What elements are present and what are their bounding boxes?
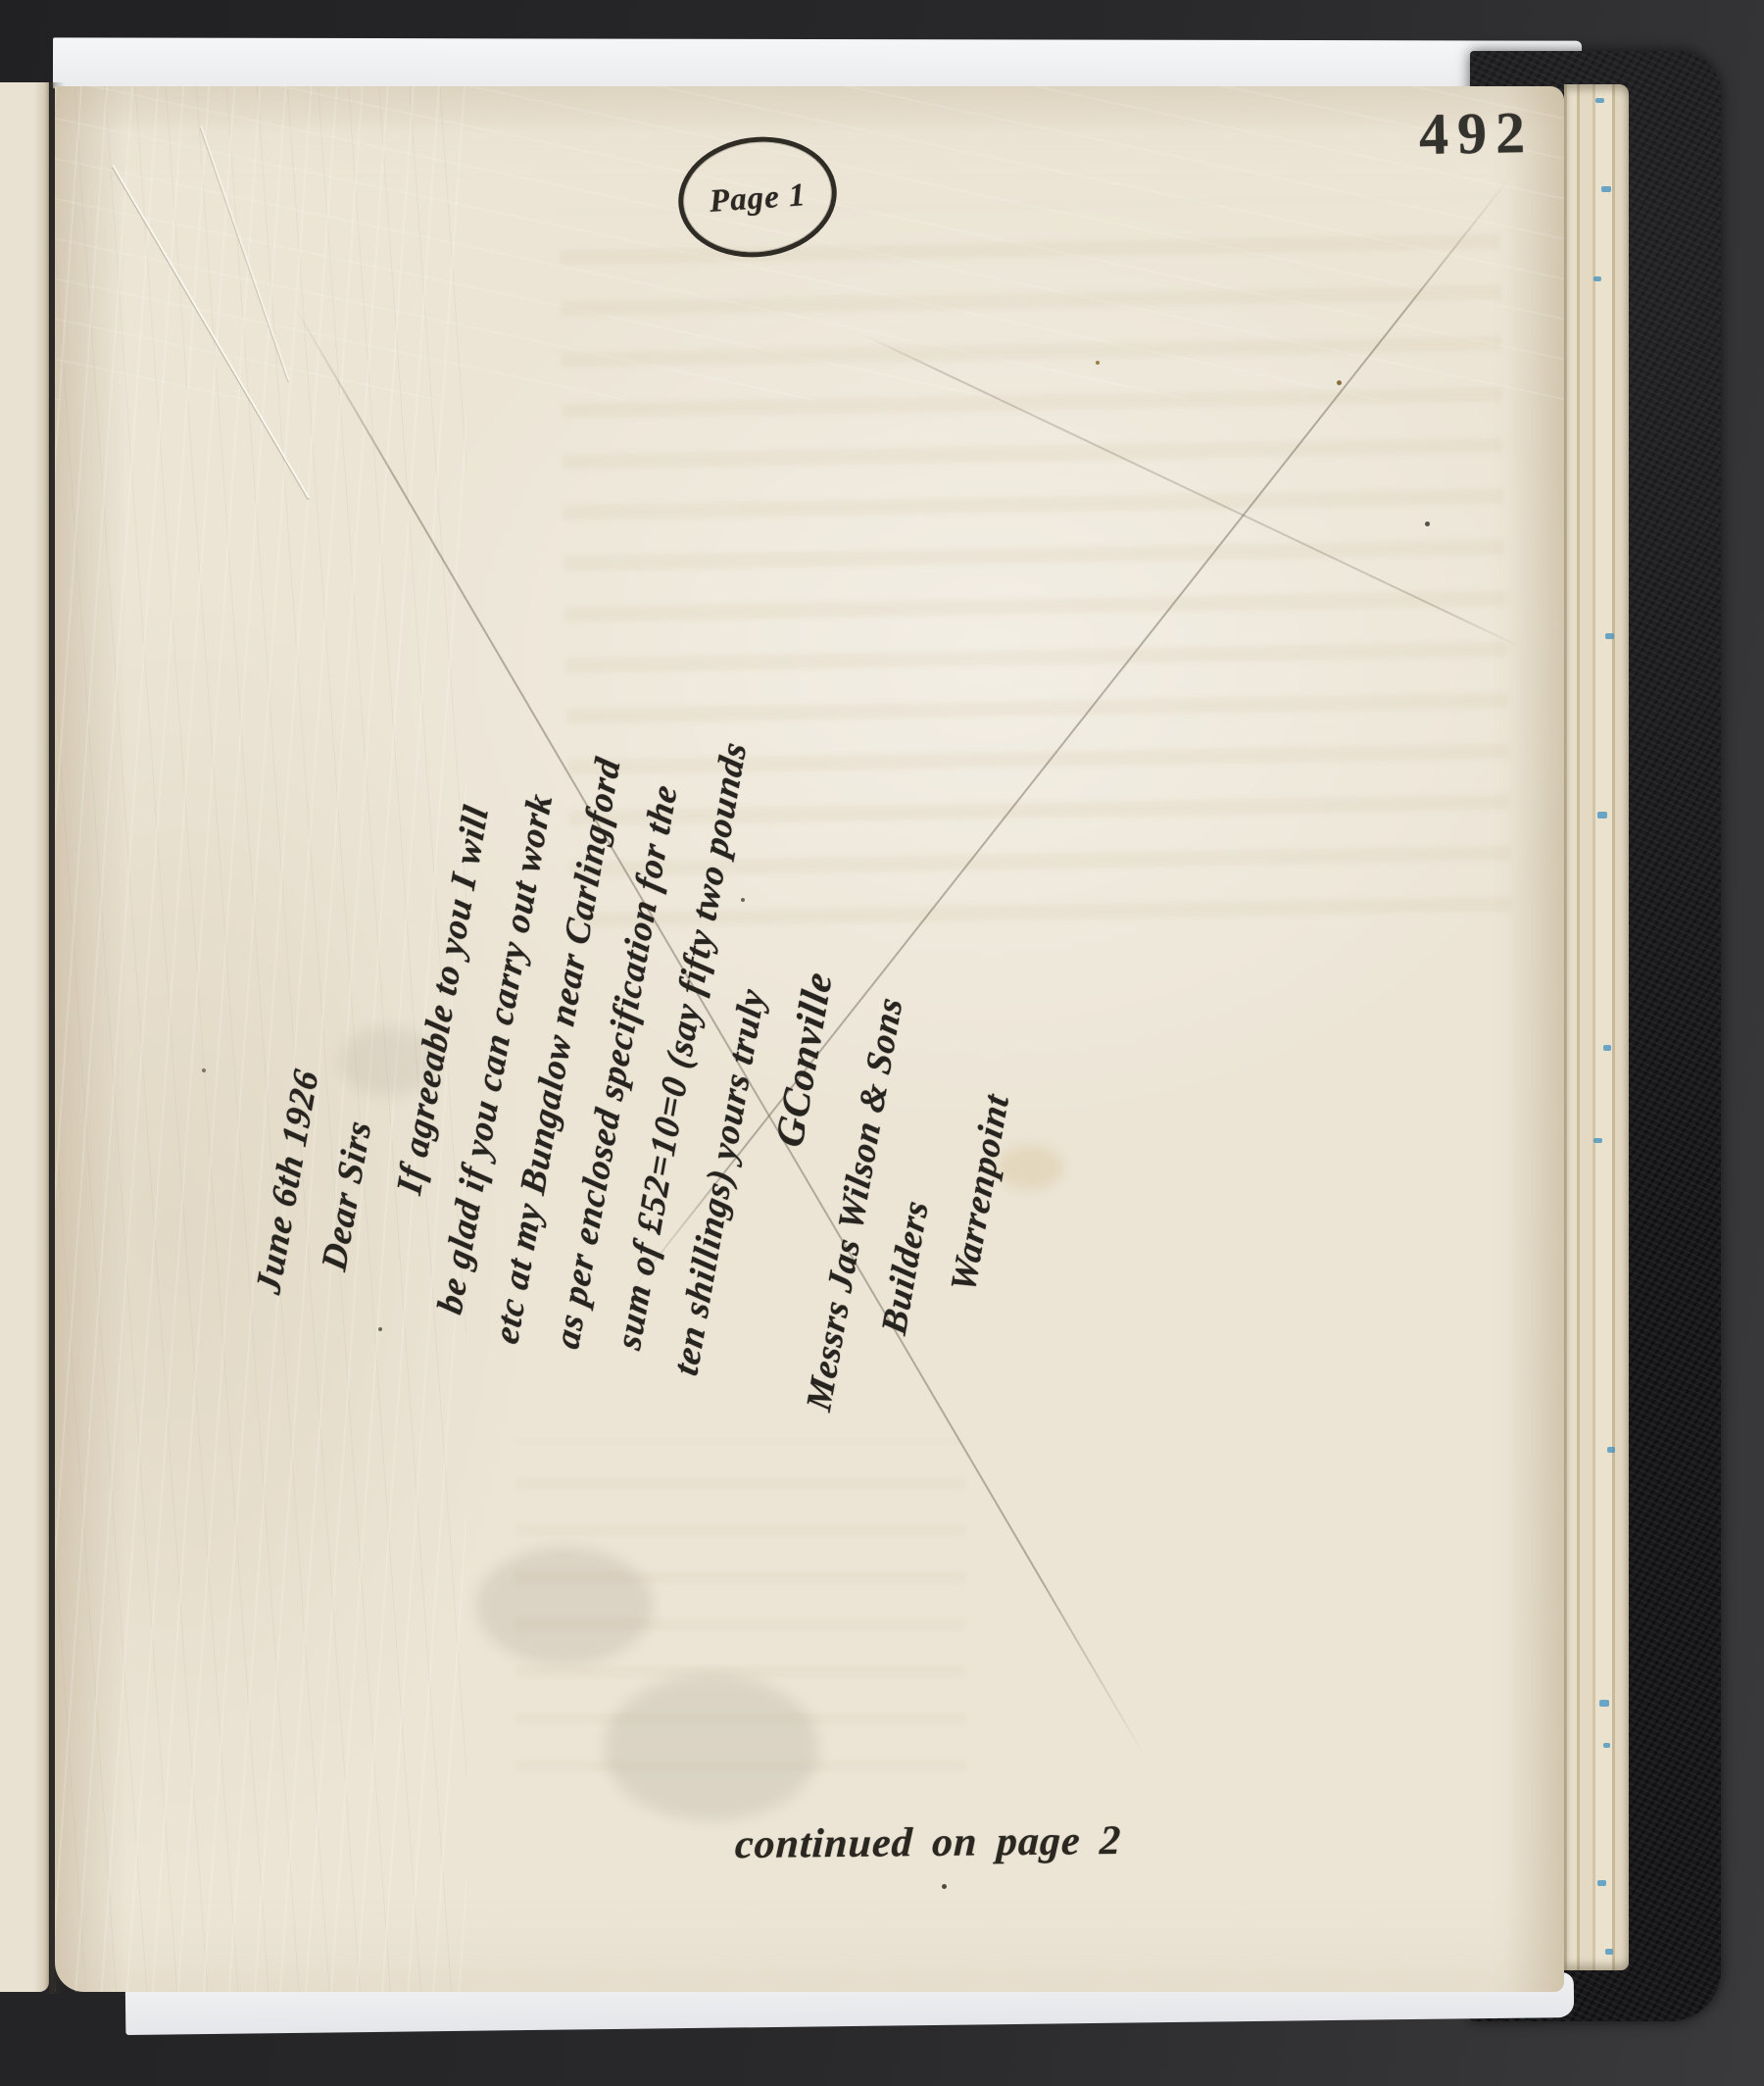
stamp-label: Page 1 bbox=[709, 177, 808, 221]
blue-edge-speck bbox=[1597, 812, 1607, 819]
ink-bleedthrough bbox=[515, 1439, 966, 1772]
blue-edge-speck bbox=[1603, 1743, 1610, 1748]
blue-edge-speck bbox=[1599, 1700, 1609, 1707]
blue-edge-speck bbox=[1597, 1880, 1606, 1886]
corner-wrinkle bbox=[112, 165, 310, 498]
blue-edge-speck bbox=[1607, 1447, 1615, 1453]
handwritten-letter: June 6th 1926 Dear Sirs If agreeable to … bbox=[228, 670, 1091, 1476]
smudge bbox=[476, 1547, 653, 1664]
page-stack-fore-edge bbox=[1564, 84, 1629, 1970]
continuation-note: continued on page 2 bbox=[734, 1817, 1122, 1868]
foxing-spot bbox=[1337, 380, 1342, 385]
page-1-oval-stamp: Page 1 bbox=[671, 128, 844, 267]
letter-book-page: 492 Page 1 June 6th 1926 Dear Sirs If ag… bbox=[55, 86, 1564, 1992]
foxing-spot bbox=[942, 1884, 947, 1889]
blue-edge-speck bbox=[1593, 276, 1601, 281]
foxing-spot bbox=[1425, 521, 1430, 526]
blue-edge-speck bbox=[1595, 98, 1604, 103]
tissue-guard-top-edge bbox=[53, 37, 1582, 91]
foxing-spot bbox=[202, 1068, 206, 1072]
blue-edge-speck bbox=[1593, 1138, 1602, 1143]
blue-edge-speck bbox=[1603, 1045, 1611, 1051]
book-scan: 492 Page 1 June 6th 1926 Dear Sirs If ag… bbox=[0, 0, 1764, 2086]
printed-folio-number: 492 bbox=[1418, 99, 1534, 169]
fold-crease bbox=[861, 333, 1524, 649]
smudge bbox=[604, 1674, 819, 1821]
corner-wrinkle bbox=[200, 125, 290, 381]
paper-texture bbox=[55, 86, 1564, 400]
foxing-spot bbox=[1096, 361, 1100, 365]
blue-edge-speck bbox=[1605, 633, 1614, 639]
blue-edge-speck bbox=[1605, 1949, 1613, 1955]
blue-edge-speck bbox=[1601, 186, 1611, 192]
facing-page-edge bbox=[0, 82, 49, 1992]
